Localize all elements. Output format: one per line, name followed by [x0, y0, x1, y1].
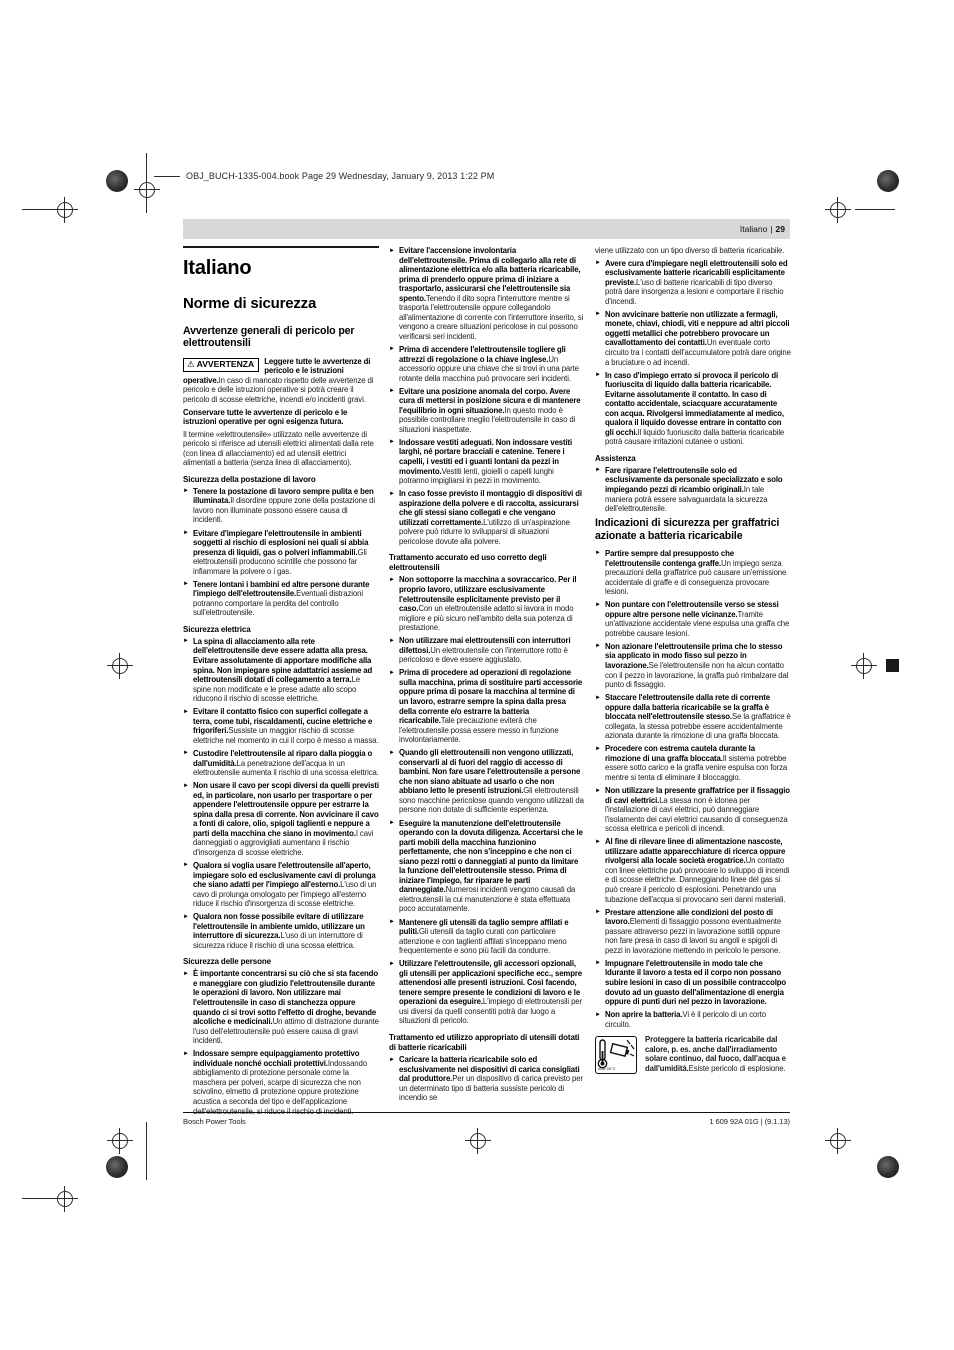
- bullet-bold-lead: Impugnare l'elettroutensile in modo tale…: [605, 959, 786, 1006]
- warning-box-label: AVVERTENZA: [197, 359, 255, 369]
- safety-bullet-item: ►Evitare il contatto fisico con superfic…: [183, 707, 379, 745]
- section-heading: Norme di sicurezza: [183, 295, 379, 312]
- safety-bullet-item: ►Partire sempre dal presupposto che l'el…: [595, 549, 791, 597]
- safety-bullet-item: ►Non usare il cavo per scopi diversi da …: [183, 781, 379, 857]
- body-text: viene utilizzato con un tipo diverso di …: [595, 246, 784, 255]
- battery-heat-warning: max 50°CProteggere la batteria ricaricab…: [595, 1035, 791, 1075]
- band-section-label: Italiano: [740, 224, 767, 234]
- warning-paragraph: ⚠AVVERTENZALeggere tutte le avvertenze d…: [183, 357, 379, 405]
- bullet-bold-lead: Conservare tutte le avvertenze di perico…: [183, 408, 347, 427]
- safety-bullet-item: ►Non sottoporre la macchina a sovraccari…: [389, 575, 585, 632]
- body-text: Tenendo il dito sopra l'interruttore men…: [399, 294, 583, 341]
- registration-target-icon: [825, 1128, 851, 1154]
- bullet-bold-lead: Prima di accendere l'elettroutensile tog…: [399, 345, 566, 364]
- registration-target-icon: [52, 1186, 78, 1212]
- battery-heat-icon-label: max 50°C: [598, 1064, 616, 1074]
- safety-bullet-item: ►Prima di procedere ad operazioni di reg…: [389, 668, 585, 744]
- paragraph: Il termine «elettroutensile» utilizzato …: [183, 430, 379, 468]
- section-heading: Trattamento accurato ed uso corretto deg…: [389, 553, 585, 573]
- bullet-triangle-icon: ►: [183, 782, 189, 791]
- crop-mark-line: [855, 209, 895, 210]
- section-heading: Trattamento ed utilizzo appropriato di u…: [389, 1033, 585, 1053]
- safety-bullet-item: ►Indossare sempre equipaggiamento protet…: [183, 1049, 379, 1116]
- safety-bullet-item: ►Prima di accendere l'elettroutensile to…: [389, 345, 585, 383]
- bullet-triangle-icon: ►: [183, 970, 189, 979]
- safety-bullet-item: ►Tenere lontani i bambini ed altre perso…: [183, 580, 379, 618]
- bullet-bold-lead: Non usare il cavo per scopi diversi da q…: [193, 781, 379, 838]
- bullet-triangle-icon: ►: [389, 490, 395, 499]
- body-text: Esiste pericolo di esplosione.: [689, 1064, 786, 1073]
- body-text: Elementi di fissaggio possono eventualme…: [605, 917, 781, 955]
- bullet-triangle-icon: ►: [595, 838, 601, 847]
- safety-bullet-item: ►Qualora si voglia usare l'elettroutensi…: [183, 861, 379, 909]
- safety-bullet-item: ►Non utilizzare la presente graffatrice …: [595, 786, 791, 834]
- bullet-triangle-icon: ►: [183, 708, 189, 717]
- battery-heat-icon-box: max 50°C: [595, 1036, 637, 1074]
- safety-bullet-item: ►Non utilizzare mai elettroutensili con …: [389, 636, 585, 665]
- bullet-bold-lead: Partire sempre dal presupposto che l'ele…: [605, 549, 734, 568]
- safety-bullet-item: ►Qualora non fosse possibile evitare di …: [183, 912, 379, 950]
- bullet-triangle-icon: ►: [595, 694, 601, 703]
- body-text: Il termine «elettroutensile» utilizzato …: [183, 430, 374, 468]
- safety-bullet-item: ►In caso fosse previsto il montaggio di …: [389, 489, 585, 546]
- bullet-triangle-icon: ►: [595, 745, 601, 754]
- bullet-triangle-icon: ►: [389, 819, 395, 828]
- registration-target-icon: [465, 1128, 491, 1154]
- paragraph: viene utilizzato con un tipo diverso di …: [595, 246, 791, 256]
- section-heading: Avvertenze generali di pericolo per elet…: [183, 325, 379, 350]
- bullet-triangle-icon: ►: [595, 1011, 601, 1020]
- safety-bullet-item: ►Tenere la postazione di lavoro sempre p…: [183, 487, 379, 525]
- column-3: viene utilizzato con un tipo diverso di …: [595, 246, 791, 1120]
- registration-target-icon: [107, 653, 133, 679]
- body-text: Gli utensili da taglio curati con partic…: [399, 927, 567, 955]
- safety-bullet-item: ►Non aprire la batteria.Vi è il pericolo…: [595, 1010, 791, 1029]
- bullet-triangle-icon: ►: [389, 345, 395, 354]
- bullet-triangle-icon: ►: [389, 960, 395, 969]
- safety-bullet-item: ►Non puntare con l'elettroutensile verso…: [595, 600, 791, 638]
- safety-bullet-item: ►Al fine di rilevare linee di alimentazi…: [595, 837, 791, 904]
- page-title: Italiano: [183, 246, 379, 279]
- bullet-triangle-icon: ►: [389, 749, 395, 758]
- safety-bullet-item: ►Evitare l'accensione involontaria dell'…: [389, 246, 585, 341]
- warning-triangle-icon: ⚠: [187, 359, 195, 369]
- print-control-dot: [877, 1156, 899, 1178]
- document-page: { "header": { "text": "OBJ_BUCH-1335-004…: [0, 0, 954, 1350]
- print-control-dot: [106, 170, 128, 192]
- safety-bullet-item: ►Staccare l'elettroutensile dalla rete d…: [595, 693, 791, 741]
- bullet-bold-lead: Non aprire la batteria.: [605, 1010, 682, 1019]
- bullet-triangle-icon: ►: [595, 371, 601, 380]
- print-control-dot: [106, 1156, 128, 1178]
- content-columns: ItalianoNorme di sicurezzaAvvertenze gen…: [183, 246, 790, 1120]
- print-control-dot: [877, 170, 899, 192]
- page-number-band: Italiano | 29: [183, 219, 790, 239]
- footer-part-number: 1 609 92A 01G | (9.1.13): [709, 1117, 790, 1126]
- bullet-bold-lead: Eseguire la manutenzione dell'elettroute…: [399, 819, 583, 895]
- safety-bullet-item: ►Quando gli elettroutensili non vengono …: [389, 748, 585, 815]
- bullet-triangle-icon: ►: [389, 576, 395, 585]
- registration-target-icon: [825, 197, 851, 223]
- registration-target-icon: [134, 177, 160, 203]
- safety-bullet-item: ►La spina di allacciamento alla rete del…: [183, 637, 379, 704]
- print-header-line: OBJ_BUCH-1335-004.book Page 29 Wednesday…: [186, 171, 494, 181]
- section-heading: Sicurezza delle persone: [183, 957, 379, 967]
- safety-bullet-item: ►In caso d'impiego errato si provoca il …: [595, 371, 791, 447]
- safety-bullet-item: ►Evitare d'impiegare l'elettroutensile i…: [183, 529, 379, 577]
- safety-bullet-item: ►È importante concentrarsi su ciò che si…: [183, 969, 379, 1045]
- section-heading: Assistenza: [595, 454, 791, 464]
- bullet-triangle-icon: ►: [595, 259, 601, 268]
- bullet-triangle-icon: ►: [183, 749, 189, 758]
- bullet-triangle-icon: ►: [595, 959, 601, 968]
- bullet-triangle-icon: ►: [389, 438, 395, 447]
- safety-bullet-item: ►Mantenere gli utensili da taglio sempre…: [389, 918, 585, 956]
- bullet-triangle-icon: ►: [183, 580, 189, 589]
- band-separator: |: [770, 224, 772, 234]
- bullet-triangle-icon: ►: [183, 913, 189, 922]
- body-text: Con un elettroutensile adatto si lavora …: [399, 604, 574, 632]
- registration-target-icon: [851, 653, 877, 679]
- footer-brand: Bosch Power Tools: [183, 1117, 246, 1126]
- bullet-triangle-icon: ►: [389, 918, 395, 927]
- bullet-triangle-icon: ►: [389, 1056, 395, 1065]
- column-2: ►Evitare l'accensione involontaria dell'…: [389, 246, 585, 1120]
- bullet-triangle-icon: ►: [595, 642, 601, 651]
- paragraph: Conservare tutte le avvertenze di perico…: [183, 408, 379, 427]
- safety-bullet-item: ►Avere cura d'impiegare negli elettroute…: [595, 259, 791, 307]
- bullet-triangle-icon: ►: [183, 861, 189, 870]
- bullet-triangle-icon: ►: [389, 669, 395, 678]
- crop-mark-line: [22, 209, 54, 210]
- safety-bullet-item: ►Custodire l'elettroutensile al riparo d…: [183, 749, 379, 778]
- safety-bullet-item: ►Caricare la batteria ricaricabile solo …: [389, 1055, 585, 1103]
- bullet-bold-lead: La spina di allacciamento alla rete dell…: [193, 637, 372, 684]
- safety-bullet-item: ►Fare riparare l'elettroutensile solo ed…: [595, 466, 791, 514]
- safety-bullet-item: ►Indossare vestiti adeguati. Non indossa…: [389, 438, 585, 486]
- bullet-triangle-icon: ►: [183, 529, 189, 538]
- safety-bullet-item: ►Procedere con estrema cautela durante l…: [595, 744, 791, 782]
- bullet-triangle-icon: ►: [389, 247, 395, 256]
- section-heading: Sicurezza elettrica: [183, 625, 379, 635]
- bullet-triangle-icon: ►: [389, 637, 395, 646]
- safety-bullet-item: ►Prestare attenzione alle condizioni del…: [595, 908, 791, 956]
- bullet-triangle-icon: ►: [183, 637, 189, 646]
- safety-bullet-item: ►Eseguire la manutenzione dell'elettrout…: [389, 819, 585, 914]
- bullet-triangle-icon: ►: [595, 310, 601, 319]
- safety-bullet-item: ►Non avvicinare batterie non utilizzate …: [595, 310, 791, 367]
- page-footer: Bosch Power Tools 1 609 92A 01G | (9.1.1…: [183, 1112, 790, 1126]
- safety-bullet-item: ►Impugnare l'elettroutensile in modo tal…: [595, 959, 791, 1007]
- bullet-triangle-icon: ►: [595, 466, 601, 475]
- crop-mark-line: [146, 1122, 147, 1180]
- crop-mark-line: [22, 1198, 54, 1199]
- bullet-triangle-icon: ►: [595, 549, 601, 558]
- section-heading: Indicazioni di sicurezza per graffatrici…: [595, 517, 791, 542]
- bullet-triangle-icon: ►: [595, 908, 601, 917]
- bullet-triangle-icon: ►: [183, 487, 189, 496]
- safety-bullet-item: ►Evitare una posizione anomala del corpo…: [389, 387, 585, 435]
- registration-target-icon: [107, 1128, 133, 1154]
- bullet-bold-lead: Evitare d'impiegare l'elettroutensile in…: [193, 529, 368, 557]
- bullet-triangle-icon: ►: [389, 387, 395, 396]
- section-heading: Sicurezza della postazione di lavoro: [183, 475, 379, 485]
- bullet-triangle-icon: ►: [183, 1050, 189, 1059]
- safety-bullet-item: ►Non azionare l'elettroutensile prima ch…: [595, 642, 791, 690]
- band-page-number: 29: [776, 224, 785, 234]
- warning-box: ⚠AVVERTENZA: [183, 358, 259, 372]
- registration-target-icon: [52, 197, 78, 223]
- column-1: ItalianoNorme di sicurezzaAvvertenze gen…: [183, 246, 379, 1120]
- bullet-triangle-icon: ►: [595, 787, 601, 796]
- bullet-triangle-icon: ►: [595, 601, 601, 610]
- safety-bullet-item: ►Utilizzare l'elettroutensile, gli acces…: [389, 959, 585, 1026]
- print-control-square: [886, 659, 899, 672]
